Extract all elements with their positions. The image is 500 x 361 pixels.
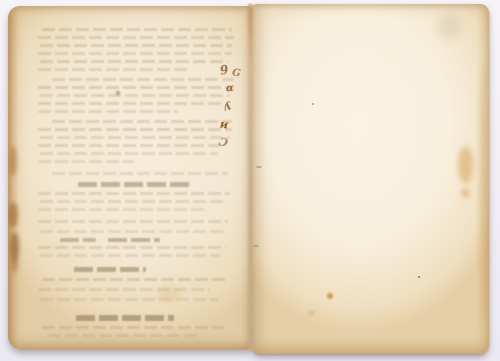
bleed-line <box>40 230 224 233</box>
bleed-line <box>38 86 234 89</box>
left-page-stains <box>8 6 252 350</box>
right-page-edge-shading <box>252 4 489 354</box>
ink-mark-glyph: 9 <box>219 63 229 76</box>
bleed-line <box>38 144 224 147</box>
bleed-line <box>38 208 206 211</box>
bleed-line <box>76 315 174 321</box>
paper-stain <box>418 276 420 278</box>
left-page-edge-shading <box>8 6 252 350</box>
book-spine-gutter <box>248 4 253 352</box>
paper-stain <box>480 64 488 324</box>
bleed-line <box>42 278 228 281</box>
bleed-line <box>40 60 228 63</box>
paper-stain <box>461 188 470 198</box>
bleed-line <box>108 238 160 242</box>
paper-stain <box>116 91 120 95</box>
bleed-line <box>52 78 234 81</box>
bleed-line <box>40 298 218 301</box>
paper-stain <box>438 14 462 40</box>
ink-mark-glyph: ɑ <box>226 84 235 95</box>
ink-offset-marks: 9GɑʎᴎƆ <box>8 6 252 350</box>
bleed-line <box>38 68 188 71</box>
bleed-line <box>42 326 224 329</box>
bleed-line <box>38 36 234 39</box>
bleed-line <box>48 334 198 337</box>
bleed-line <box>40 136 230 139</box>
bleed-line <box>38 128 232 131</box>
bleed-line <box>78 182 190 187</box>
ink-mark-glyph: ʎ <box>223 100 232 112</box>
bleed-line <box>38 102 222 105</box>
photo-backdrop: 9GɑʎᴎƆ <box>0 0 500 361</box>
ink-mark-glyph: ᴎ <box>220 119 229 131</box>
left-page: 9GɑʎᴎƆ <box>8 6 252 350</box>
bleed-line <box>74 267 146 272</box>
bleed-line <box>38 220 228 223</box>
right-page-blank <box>252 4 489 354</box>
paper-stain <box>256 166 262 168</box>
bleed-line <box>40 254 220 257</box>
paper-stain <box>308 310 315 316</box>
paper-stain <box>253 245 259 247</box>
bleed-line <box>52 172 228 175</box>
bleed-line <box>40 44 232 47</box>
bleed-line <box>40 200 226 203</box>
paper-stain <box>158 286 180 302</box>
bleed-line <box>38 160 134 163</box>
bleed-line <box>38 52 232 55</box>
bleed-line <box>38 246 226 249</box>
bleed-line <box>42 28 232 31</box>
paper-stain <box>327 293 333 299</box>
bleed-line <box>60 238 96 242</box>
paper-stain <box>312 103 314 105</box>
bleed-line <box>40 94 230 97</box>
bleed-line <box>38 288 210 291</box>
left-page-deckle-edge <box>8 6 18 350</box>
ink-mark-glyph: G <box>231 68 241 79</box>
bleed-line <box>52 120 232 123</box>
ink-mark-glyph: Ɔ <box>218 136 229 149</box>
bleed-line <box>38 192 230 195</box>
right-page-stains <box>252 4 489 354</box>
bleed-line <box>40 152 218 155</box>
bleedthrough-text <box>8 6 252 350</box>
bleed-line <box>38 110 178 113</box>
paper-stain <box>458 146 473 184</box>
